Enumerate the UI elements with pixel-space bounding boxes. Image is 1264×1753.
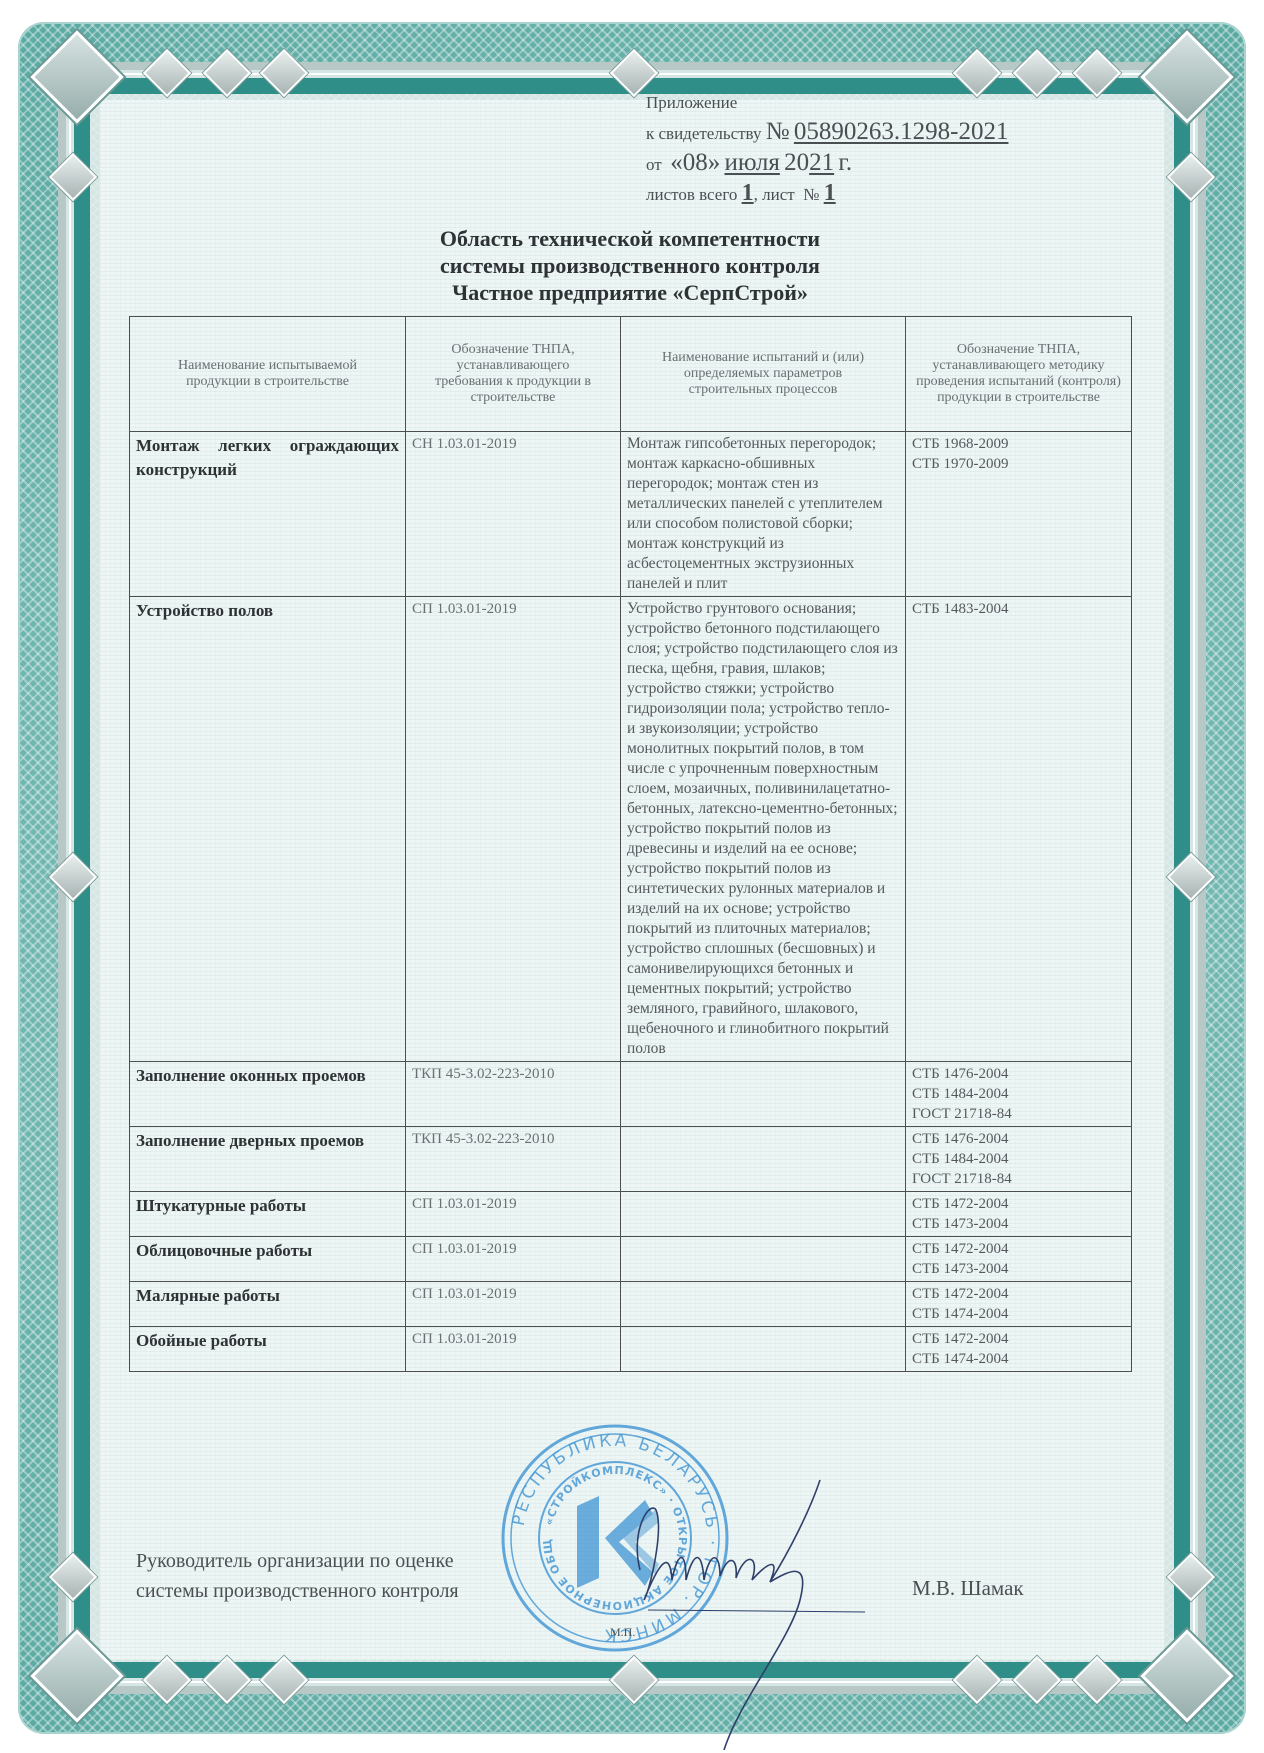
signature-mark	[620, 1450, 880, 1750]
tests-description	[621, 1062, 906, 1127]
method-standard: СТБ 1476-2004	[912, 1064, 1125, 1084]
appendix-label: Приложение	[646, 88, 1008, 117]
requirements-standard: СП 1.03.01-2019	[406, 1282, 621, 1327]
method-standards: СТБ 1472-2004СТБ 1474-2004	[906, 1327, 1132, 1372]
tests-description	[621, 1192, 906, 1237]
table-row: Облицовочные работыСП 1.03.01-2019СТБ 14…	[130, 1237, 1132, 1282]
method-standards: СТБ 1483-2004	[906, 597, 1132, 1062]
product-name: Устройство полов	[130, 597, 406, 1062]
column-header: Обозначение ТНПА, устанавливающего метод…	[906, 317, 1132, 432]
method-standards: СТБ 1472-2004СТБ 1474-2004	[906, 1282, 1132, 1327]
column-header: Обозначение ТНПА, устанавливающего требо…	[406, 317, 621, 432]
requirements-standard: ТКП 45-3.02-223-2010	[406, 1127, 621, 1192]
method-standard: СТБ 1472-2004	[912, 1239, 1125, 1259]
certificate-date-line: от «08» июля 2021 г.	[646, 148, 1008, 179]
competence-table: Наименование испытываемой продукции в ст…	[129, 316, 1132, 1372]
column-header: Наименование испытаний и (или) определяе…	[621, 317, 906, 432]
sheets-line: листов всего 1, лист № 1	[646, 179, 1008, 209]
table-row: Заполнение дверных проемовТКП 45-3.02-22…	[130, 1127, 1132, 1192]
date-year: 21	[809, 149, 834, 176]
date-day: «08»	[670, 149, 720, 176]
tests-description	[621, 1327, 906, 1372]
document-title: Область технической компетентности систе…	[300, 225, 960, 306]
company-name: Частное предприятие «СерпСтрой»	[300, 279, 960, 306]
method-standard: ГОСТ 21718-84	[912, 1169, 1125, 1189]
certificate-number-line: к свидетельству № 05890263.1298-2021	[646, 117, 1008, 148]
requirements-standard: СП 1.03.01-2019	[406, 597, 621, 1062]
requirements-standard: СН 1.03.01-2019	[406, 432, 621, 597]
method-standard: СТБ 1484-2004	[912, 1084, 1125, 1104]
method-standard: СТБ 1472-2004	[912, 1329, 1125, 1349]
table-row: Монтаж легких ограждающих конструкцийСН …	[130, 432, 1132, 597]
method-standards: СТБ 1472-2004СТБ 1473-2004	[906, 1237, 1132, 1282]
method-standard: СТБ 1473-2004	[912, 1214, 1125, 1234]
method-standards: СТБ 1476-2004СТБ 1484-2004ГОСТ 21718-84	[906, 1127, 1132, 1192]
tests-description	[621, 1127, 906, 1192]
method-standard: СТБ 1968-2009	[912, 434, 1125, 454]
table-row: Устройство половСП 1.03.01-2019Устройств…	[130, 597, 1132, 1062]
requirements-standard: СП 1.03.01-2019	[406, 1237, 621, 1282]
product-name: Монтаж легких ограждающих конструкций	[130, 432, 406, 597]
tests-description	[621, 1237, 906, 1282]
product-name: Заполнение дверных проемов	[130, 1127, 406, 1192]
table-row: Обойные работыСП 1.03.01-2019СТБ 1472-20…	[130, 1327, 1132, 1372]
method-standard: СТБ 1474-2004	[912, 1349, 1125, 1369]
method-standard: СТБ 1472-2004	[912, 1284, 1125, 1304]
product-name: Обойные работы	[130, 1327, 406, 1372]
method-standard: СТБ 1474-2004	[912, 1304, 1125, 1324]
product-name: Заполнение оконных проемов	[130, 1062, 406, 1127]
table-row: Штукатурные работыСП 1.03.01-2019СТБ 147…	[130, 1192, 1132, 1237]
table-row: Заполнение оконных проемовТКП 45-3.02-22…	[130, 1062, 1132, 1127]
table-row: Малярные работыСП 1.03.01-2019СТБ 1472-2…	[130, 1282, 1132, 1327]
method-standard: СТБ 1970-2009	[912, 454, 1125, 474]
product-name: Малярные работы	[130, 1282, 406, 1327]
requirements-standard: СП 1.03.01-2019	[406, 1327, 621, 1372]
method-standards: СТБ 1472-2004СТБ 1473-2004	[906, 1192, 1132, 1237]
column-header: Наименование испытываемой продукции в ст…	[130, 317, 406, 432]
seal-place-mark: М.П.	[610, 1625, 635, 1640]
signatory-name: М.В. Шамак	[912, 1576, 1024, 1601]
sheet-number: 1	[824, 180, 836, 206]
signatory-role: Руководитель организации по оценке систе…	[136, 1546, 459, 1606]
product-name: Облицовочные работы	[130, 1237, 406, 1282]
method-standards: СТБ 1968-2009СТБ 1970-2009	[906, 432, 1132, 597]
date-month: июля	[724, 149, 779, 176]
method-standards: СТБ 1476-2004СТБ 1484-2004ГОСТ 21718-84	[906, 1062, 1132, 1127]
table-header-row: Наименование испытываемой продукции в ст…	[130, 317, 1132, 432]
method-standard: СТБ 1473-2004	[912, 1259, 1125, 1279]
requirements-standard: СП 1.03.01-2019	[406, 1192, 621, 1237]
sheets-total: 1	[742, 180, 754, 206]
certificate-number: 05890263.1298-2021	[794, 118, 1009, 145]
product-name: Штукатурные работы	[130, 1192, 406, 1237]
tests-description: Монтаж гипсобетонных перегородок; монтаж…	[621, 432, 906, 597]
method-standard: СТБ 1484-2004	[912, 1149, 1125, 1169]
appendix-header: Приложение к свидетельству № 05890263.12…	[646, 88, 1008, 209]
method-standard: СТБ 1483-2004	[912, 599, 1125, 619]
tests-description: Устройство грунтового основания; устройс…	[621, 597, 906, 1062]
method-standard: СТБ 1476-2004	[912, 1129, 1125, 1149]
requirements-standard: ТКП 45-3.02-223-2010	[406, 1062, 621, 1127]
method-standard: СТБ 1472-2004	[912, 1194, 1125, 1214]
method-standard: ГОСТ 21718-84	[912, 1104, 1125, 1124]
tests-description	[621, 1282, 906, 1327]
